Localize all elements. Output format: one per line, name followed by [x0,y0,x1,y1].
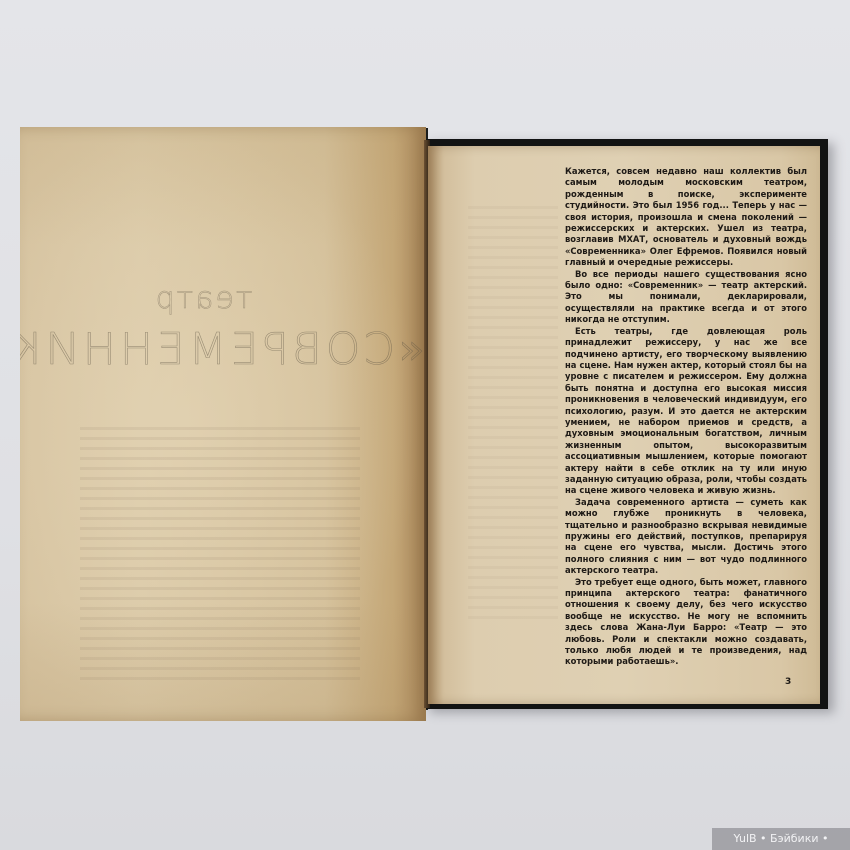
page-number: 3 [785,677,791,687]
paragraph: Кажется, совсем недавно наш коллектив бы… [565,166,807,269]
left-page: театр «СОВРЕМЕННИК» И МОСКВА «ИСКУССТВО»… [20,127,426,721]
right-page: Кажется, совсем недавно наш коллектив бы… [428,146,820,704]
bleed-through-text [468,206,558,626]
paragraph: Это требует еще одного, быть может, глав… [565,577,807,668]
watermark: YulB • Бэйбики • babiki.ru [712,828,850,850]
mirrored-title-line1: театр [20,282,386,316]
paragraph: Во все периоды нашего существования ясно… [565,269,807,326]
bleed-through-text [80,427,360,687]
paragraph: Есть театры, где довлеющая роль принадле… [565,326,807,497]
paragraph: Задача современного артиста — суметь как… [565,497,807,577]
mirrored-title: театр «СОВРЕМЕННИК» [20,282,426,376]
page-body-text: Кажется, совсем недавно наш коллектив бы… [565,166,807,668]
mirrored-title-line2: «СОВРЕМЕННИК» [20,324,426,376]
